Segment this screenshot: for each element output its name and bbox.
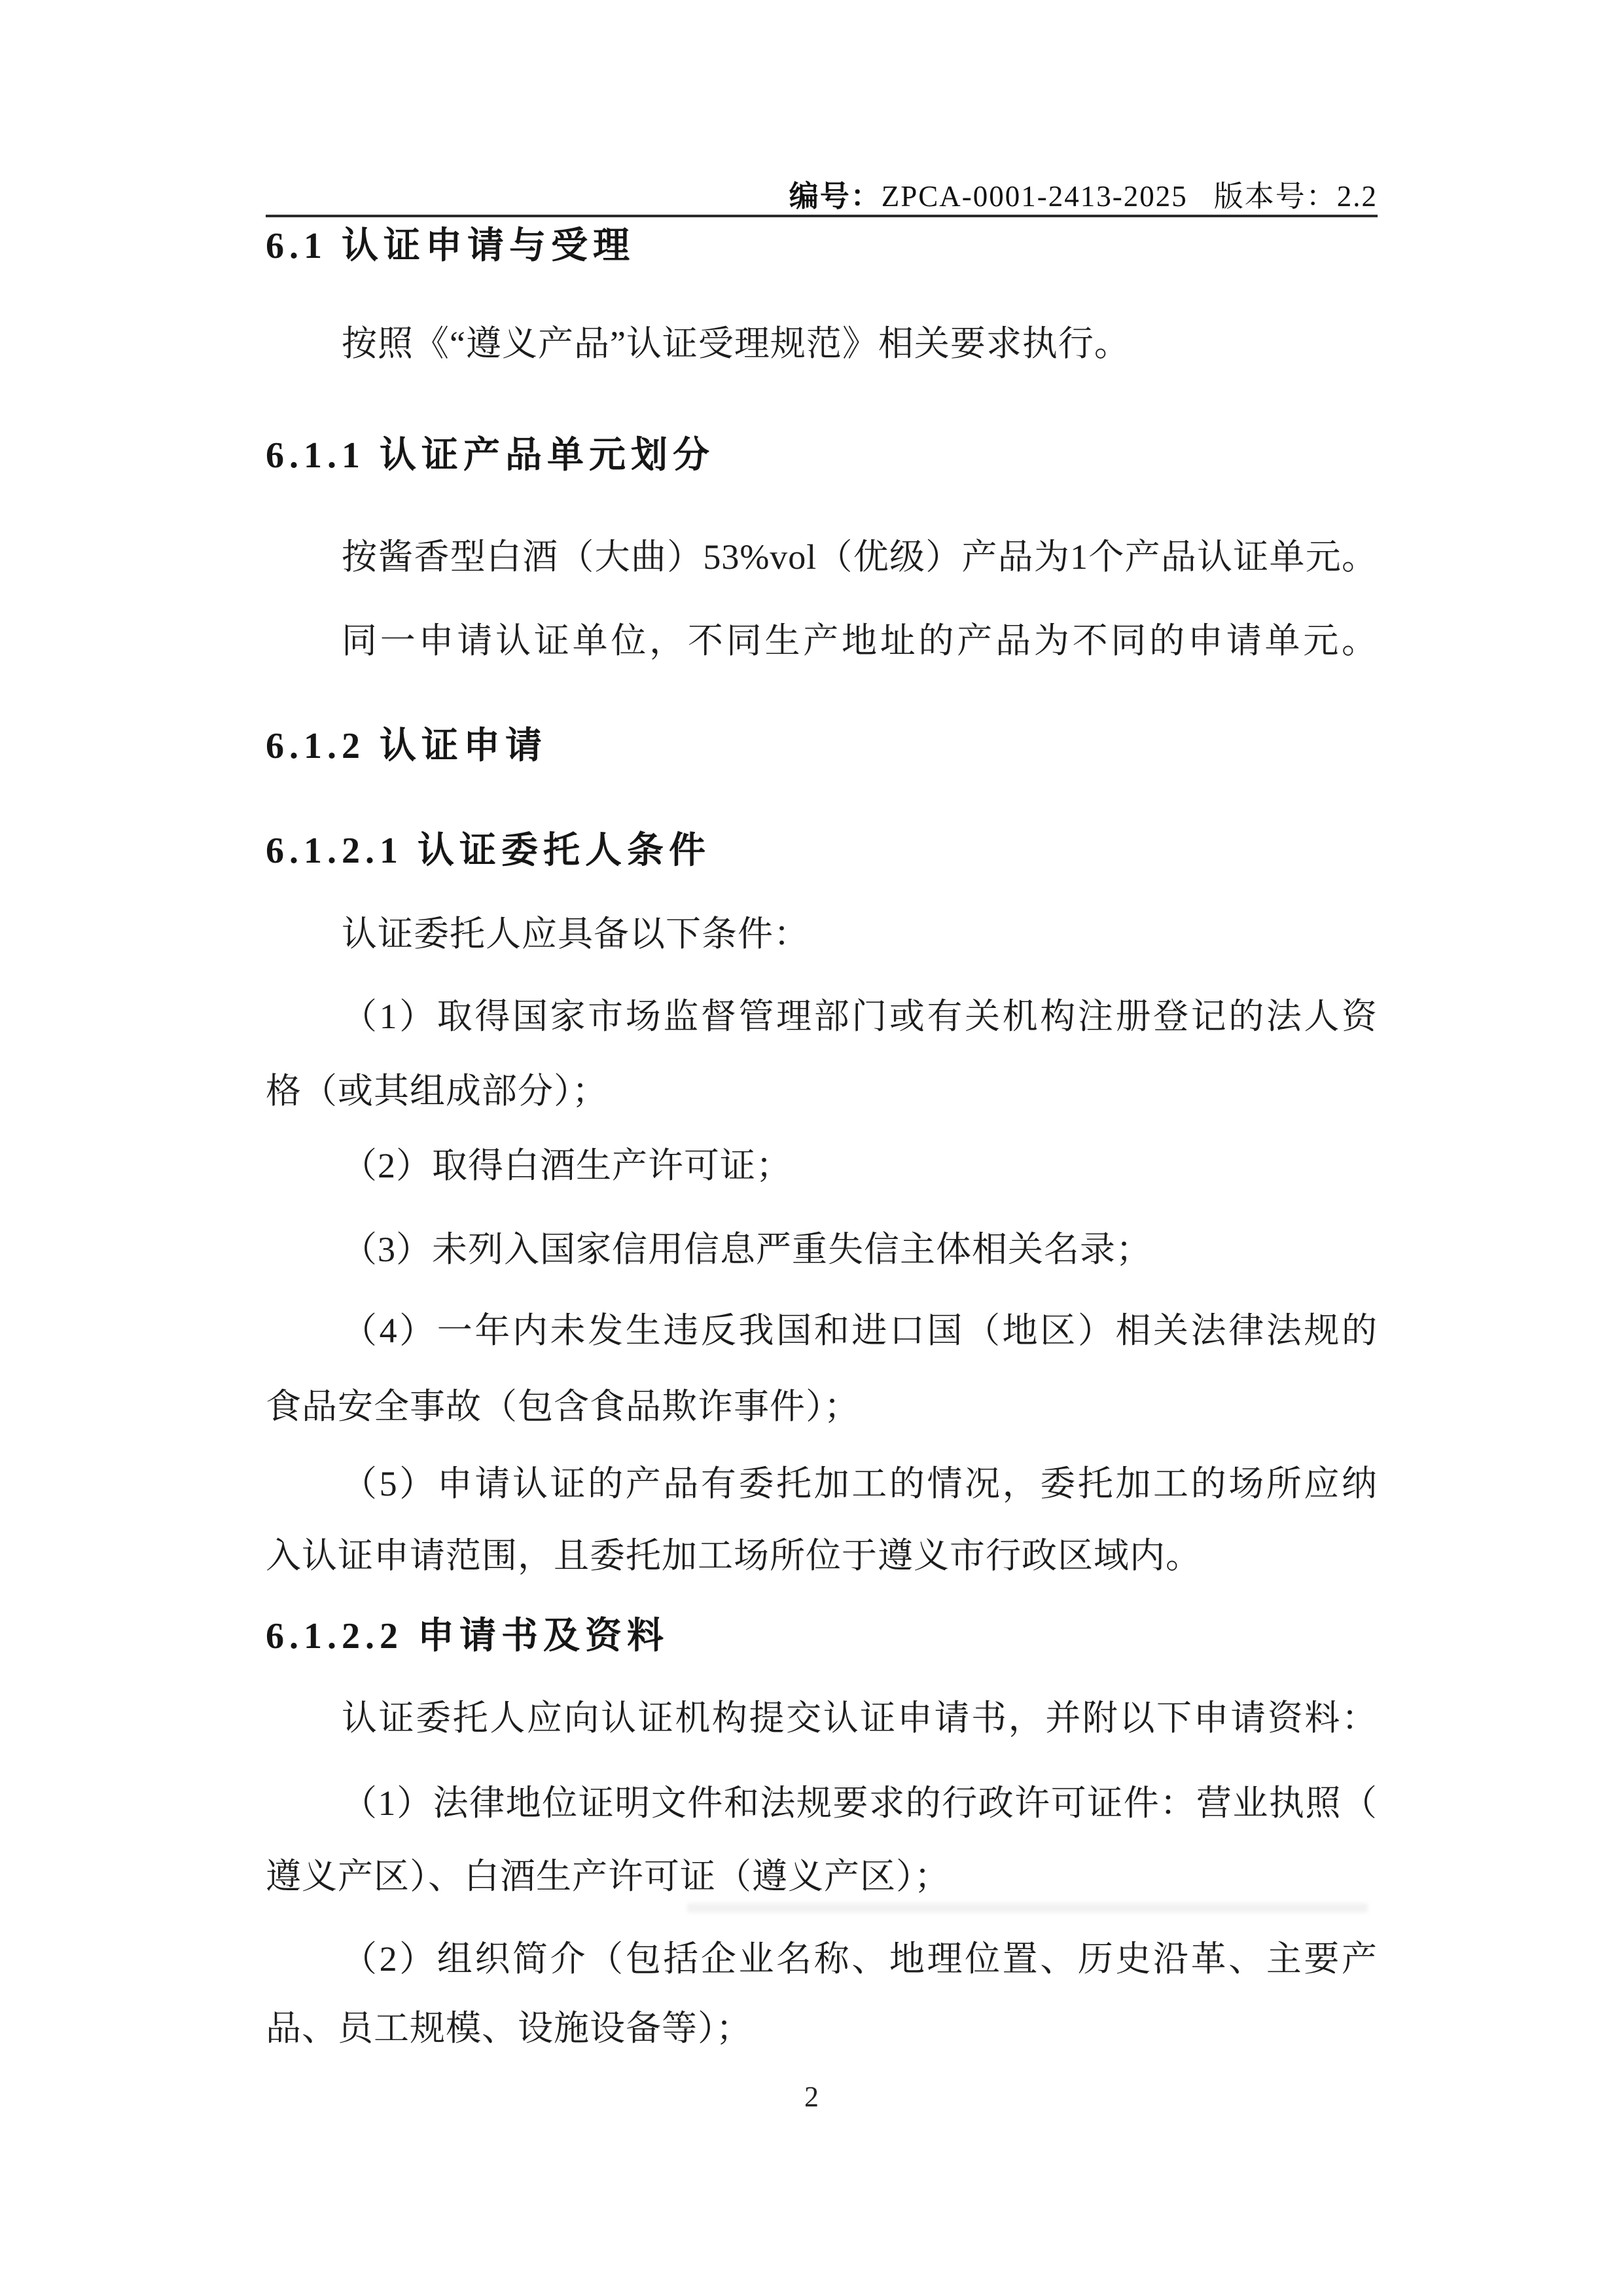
item-4-line1: （4）一年内未发生违反我国和进口国（地区）相关法律法规的 (342, 1313, 1378, 1348)
heading-6-1-2-2: 6.1.2.2 申请书及资料 (266, 1618, 669, 1655)
item-1-line2: 格（或其组成部分）； (266, 1073, 608, 1109)
page-number: 2 (0, 2083, 1623, 2111)
item-1-line1: （1）取得国家市场监督管理部门或有关机构注册登记的法人资 (342, 999, 1378, 1034)
para-6-1-1-line1: 按酱香型白酒（大曲）53%vol（优级）产品为1个产品认证单元。 (342, 539, 1378, 575)
doc-version-label: 版本号： (1214, 180, 1337, 213)
doc-item-2-line1: （2）组织简介（包括企业名称、地理位置、历史沿革、主要产 (342, 1941, 1378, 1977)
item-3: （3）未列入国家信用信息严重失信主体相关名录； (342, 1232, 1152, 1267)
document-page: 编号：ZPCA-0001-2413-2025版本号：2.2 6.1 认证申请与受… (0, 0, 1623, 2296)
document-header: 编号：ZPCA-0001-2413-2025版本号：2.2 (789, 182, 1378, 211)
doc-code-value: ZPCA-0001-2413-2025 (882, 180, 1188, 213)
item-5-line2: 入认证申请范围，且委托加工场所位于遵义市行政区域内。 (266, 1538, 1202, 1573)
scan-artifact (687, 1903, 1368, 1912)
header-divider (266, 215, 1378, 217)
item-2: （2）取得白酒生产许可证； (342, 1148, 792, 1183)
doc-item-1-line1: （1）法律地位证明文件和法规要求的行政许可证件：营业执照（ (342, 1785, 1378, 1821)
heading-6-1-2: 6.1.2 认证申请 (266, 728, 547, 764)
doc-code-label: 编号： (789, 180, 882, 213)
heading-6-1-1: 6.1.1 认证产品单元划分 (266, 437, 715, 474)
item-5-line1: （5）申请认证的产品有委托加工的情况，委托加工的场所应纳 (342, 1466, 1378, 1501)
heading-6-1: 6.1 认证申请与受理 (266, 228, 635, 264)
item-4-line2: 食品安全事故（包含食品欺诈事件）； (266, 1389, 860, 1424)
para-6-1-1-line2: 同一申请认证单位，不同生产地址的产品为不同的申请单元。 (342, 623, 1378, 658)
heading-6-1-2-1: 6.1.2.1 认证委托人条件 (266, 833, 711, 869)
para-6-1-2-1-intro: 认证委托人应具备以下条件： (342, 916, 810, 952)
doc-item-2-line2: 品、员工规模、设施设备等）； (266, 2011, 752, 2046)
doc-version-value: 2.2 (1337, 180, 1378, 213)
para-6-1: 按照《“遵义产品”认证受理规范》相关要求执行。 (342, 326, 1130, 361)
para-6-1-2-2-intro: 认证委托人应向认证机构提交认证申请书，并附以下申请资料： (342, 1700, 1378, 1736)
doc-item-1-line2: 遵义产区）、白酒生产许可证（遵义产区）； (266, 1859, 950, 1894)
